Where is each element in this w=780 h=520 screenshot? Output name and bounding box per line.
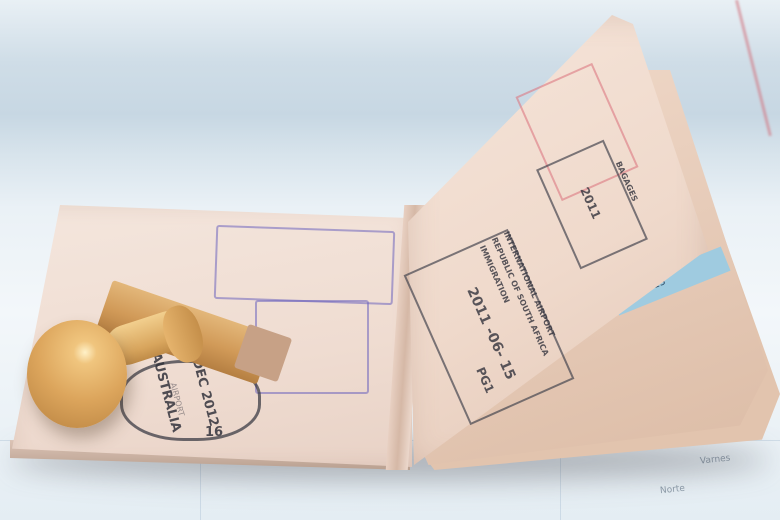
violet-stamp [214,225,395,305]
stamp-number: 16 [205,425,223,440]
rubber-stamp-knob [27,320,127,428]
map-route-line [735,0,772,136]
photo-scene: Varnes Norte 2213 INSPECCION DE MIGRACIO… [0,0,780,520]
